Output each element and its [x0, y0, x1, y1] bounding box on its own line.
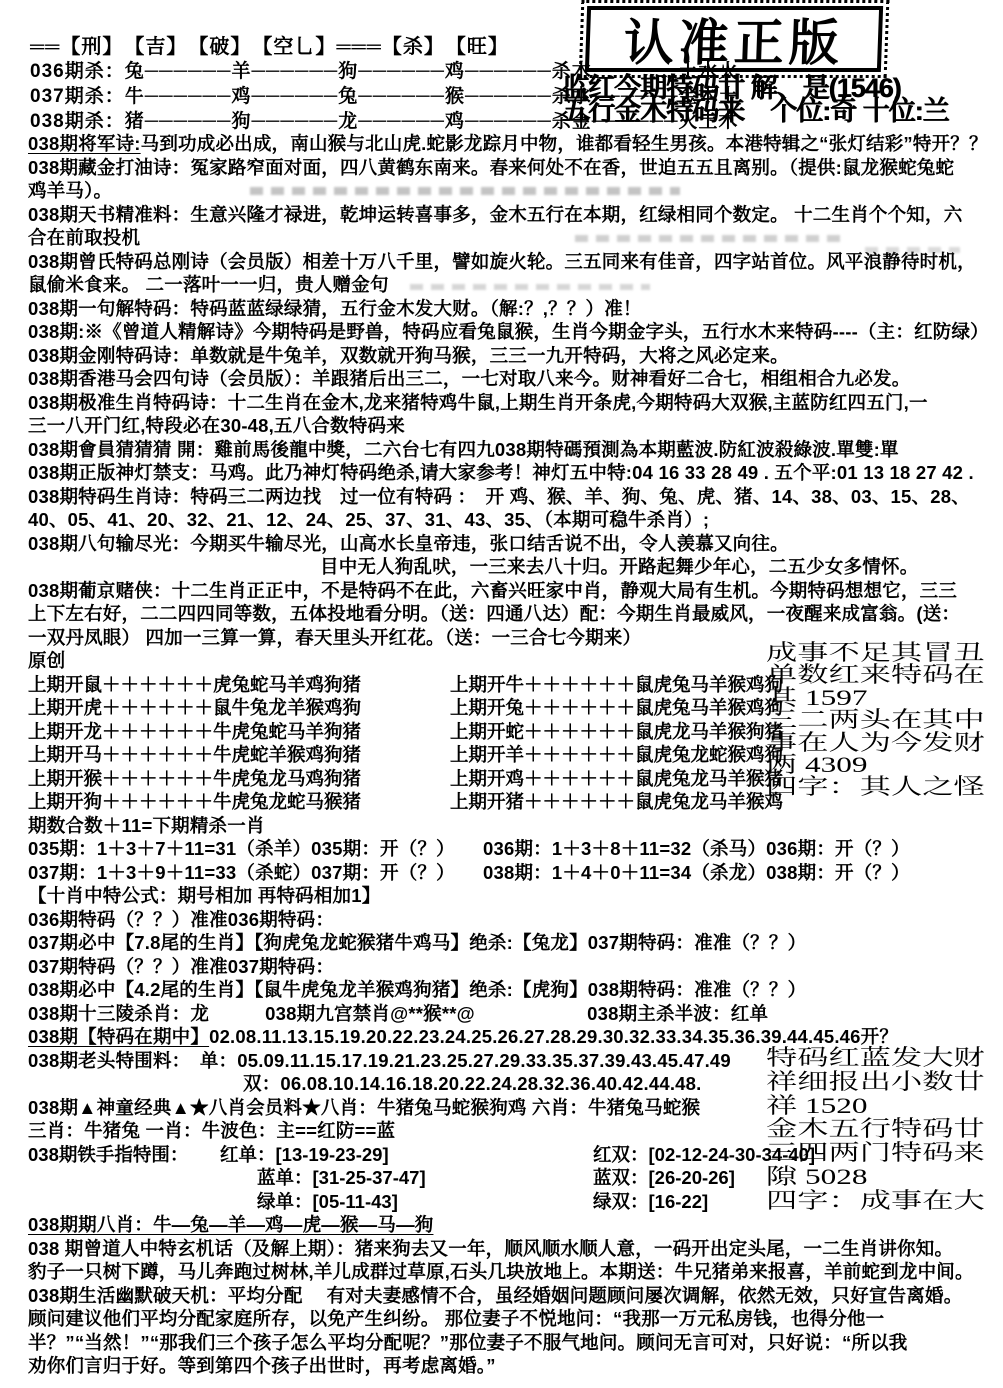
- line-text: 035期：1＋3＋7＋11=31（杀羊）035期：开（？） 036期：1＋3＋8…: [28, 838, 910, 859]
- line-text: 原创: [28, 650, 65, 671]
- line-text: 038期生活幽默破天机：平均分配 有对夫妻感情不合，虽经婚姻问题顾问屡次调解，依…: [28, 1285, 962, 1306]
- line-text: 038期一句解特码：特码蓝蓝绿绿猜，五行金木发大财。（解:？,？？）准！: [28, 298, 642, 319]
- side-verse-line: 特码红蓝发大财: [766, 1046, 1003, 1070]
- body-line: 036期特码（？？）准准036期特码：: [28, 908, 1003, 932]
- line-text: 双：06.08.10.14.16.18.20.22.24.28.32.36.40…: [243, 1073, 701, 1094]
- line-text: 038期老头特围料： 单：05.09.11.15.17.19.21.23.25.…: [28, 1050, 731, 1071]
- body-line: 038期會員猜猜猜 開：雞前馬後龍中獎，二六台七有四九038期特碼預測為本期藍波…: [28, 438, 1003, 462]
- print-smudge: [865, 247, 960, 253]
- overprint-line-2: 五行金木特码来 个位:奇 十位:兰: [562, 99, 1003, 124]
- line-text: 038期十三陵杀肖：龙 038期九宫禁肖@**猴**@ 038期主杀半波：红单: [28, 1003, 768, 1024]
- line-text: 038期特码生肖诗：特码三二两边找 过一位有特码 ： 开 鸡、猴、羊、狗、兔、虎…: [28, 486, 970, 507]
- body-line: 038期八句输尽光：今期买牛输尽光，山高水长皇帝违，张口结舌说不出，令人羡慕又向…: [28, 532, 1003, 556]
- side-verse-line: 成事不足其冒丑: [766, 642, 1003, 664]
- body-line: 合在前取投机: [28, 226, 1003, 250]
- body-end-lines: 038期期八肖：牛—兔—羊—鸡—虎—猴—马—狗 038 期曾道人中特玄机话（及解…: [28, 1213, 1003, 1378]
- line-text: 038期八句输尽光：今期买牛输尽光，山高水长皇帝违，张口结舌说不出，令人羡慕又向…: [28, 533, 789, 554]
- body-line: 038 期曾道人中特玄机话（及解上期）：猪来狗去又一年，顺风顺水顺人意，一码开出…: [28, 1237, 1003, 1261]
- line-text: 037期：1＋3＋9＋11=33（杀蛇）037期：开（？） 038期：1＋4＋0…: [28, 862, 910, 883]
- line-text: 上下左右好，二二四四同等数，五体投地看分明。（送：四通八达）配：今期生肖最威风，…: [28, 603, 960, 624]
- stamp-text: 认准正版: [623, 3, 846, 75]
- iron-label: [28, 1166, 220, 1190]
- zodiac-cell-left: 上期开虎＋＋＋＋＋＋鼠牛兔龙羊猴鸡狗: [28, 696, 450, 720]
- line-text: 顾问建议他们平均分配家庭所存，以免产生纠纷。 那位妻子不悦地问：“我那一万元私房…: [28, 1308, 884, 1329]
- line-text: 鼠偷米食来。 二一落叶一一归，贵人赠金句: [28, 274, 389, 295]
- body-line: 038期十三陵杀肖：龙 038期九宫禁肖@**猴**@ 038期主杀半波：红单: [28, 1002, 1003, 1026]
- body-line: 038期葡京赌侠：十二生肖正正中，不是特码不在此，六畜兴旺家中肖，静观大局有生机…: [28, 579, 1003, 603]
- body-line: 半？”“当然！”“那我们三个孩子怎么平均分配呢？”那位妻子不服气地问。顾问无言可…: [28, 1331, 1003, 1355]
- body-line: 035期：1＋3＋7＋11=31（杀羊）035期：开（？） 036期：1＋3＋8…: [28, 837, 1003, 861]
- line-text: 马到功成必出成，南山猴与北山虎.蛇影龙踪月中物，谁都看轻生男孩。本港特辑之“张灯…: [141, 133, 988, 154]
- line-underlined-label: 038期将军诗:: [28, 133, 141, 154]
- line-text: 劝你们言归于好。等到第四个孩子出世时，再考虑离婚。”: [28, 1355, 496, 1376]
- line-text: 038期必中【4.2尾的生肖】【鼠牛虎兔龙羊猴鸡狗猪】绝杀:【虎狗】038期特码…: [28, 979, 806, 1000]
- body-line: 038期藏金打油诗：冤家路窄面对面，四八黄鹤东南来。春来何处不在香，世迫五五且离…: [28, 156, 1003, 180]
- zodiac-cell-left: 上期开马＋＋＋＋＋＋牛虎蛇羊猴鸡狗猪: [28, 743, 450, 767]
- line-text: 038期香港马会四句诗（会员版）：羊跟猪后出三二，一七对取八来今。财神看好二合七…: [28, 368, 910, 389]
- body-line: 037期必中【7.8尾的生肖】【狗虎兔龙蛇猴猪牛鸡马】绝杀:【兔龙】037期特码…: [28, 931, 1003, 955]
- iron-single-cell: 绿单：[05-11-43]: [220, 1190, 593, 1214]
- side-verse-line: 三四两门特码来: [766, 1141, 1003, 1165]
- body-line: 三一八开门红,特段必在30-48,五八合数特码来: [28, 414, 1003, 438]
- line-text: 036期特码（？？）准准036期特码：: [28, 909, 334, 930]
- line-text: 鸡羊马）。: [28, 180, 112, 201]
- body-line: 40、05、41、20、32、21、12、24、25、37、31、43、35、（…: [28, 508, 1003, 532]
- line-text: 40、05、41、20、32、21、12、24、25、37、31、43、35、（…: [28, 509, 709, 530]
- line-text: 038期▲神童经典▲★八肖会员料★八肖：牛猪兔马蛇猴狗鸡 六肖：牛猪兔马蛇猴: [28, 1097, 700, 1118]
- line-text: 期数合数＋11=下期精杀一肖: [28, 815, 265, 836]
- line-text: 038 期曾道人中特玄机话（及解上期）：猪来狗去又一年，顺风顺水顺人意，一码开出…: [28, 1238, 953, 1259]
- body-line: 038期特码生肖诗：特码三二两边找 过一位有特码 ： 开 鸡、猴、羊、狗、兔、虎…: [28, 485, 1003, 509]
- iron-double-cell: 蓝双：[26-20-26]: [593, 1166, 735, 1190]
- body-line: 038期:※《曾道人精解诗》今期特码是野兽，特码应看兔鼠猴，生肖今期金字头，五行…: [28, 320, 1003, 344]
- zodiac-cell-right: 上期开蛇＋＋＋＋＋＋鼠虎龙马羊猴狗猪: [450, 720, 783, 744]
- zodiac-cell-right: 上期开兔＋＋＋＋＋＋鼠虎兔马羊猴鸡狗: [450, 696, 783, 720]
- line-text: 037期必中【7.8尾的生肖】【狗虎兔龙蛇猴猪牛鸡马】绝杀:【兔龙】037期特码…: [28, 932, 806, 953]
- line-text: 【十肖中特公式：期号相加 再特码相加1】: [28, 885, 380, 906]
- zodiac-cell-right: 上期开猪＋＋＋＋＋＋鼠虎兔龙马羊猴鸡: [450, 790, 783, 814]
- side-verse-line: 隙 5028: [766, 1165, 1003, 1189]
- side-verse-line: 四字：成事在大: [766, 1189, 1003, 1213]
- line-text: 一双丹凤眼） 四加一三算一算，春天里头开红花。（送：一三合七今期来）: [28, 627, 641, 648]
- side-verse-column-2: 特码红蓝发大财 祥细报出小数廿 祥 1520 金木五行特码廿 三四两门特码来 隙…: [766, 1046, 1003, 1213]
- line-underlined-label: 038期【特码在期中】: [28, 1026, 209, 1047]
- side-verse-line: 事在人为今发财: [766, 732, 1003, 754]
- print-smudge: [410, 284, 650, 290]
- body-line: 038期生活幽默破天机：平均分配 有对夫妻感情不合，虽经婚姻问题顾问屡次调解，依…: [28, 1284, 1003, 1308]
- body-line: 037期特码（？？）准准037期特码：: [28, 955, 1003, 979]
- body-line: 038期天书精准料：生意兴隆才禄进，乾坤运转喜事多，金木五行在本期，红绿相同个数…: [28, 203, 1003, 227]
- line-text: 038期會員猜猜猜 開：雞前馬後龍中獎，二六台七有四九038期特碼預測為本期藍波…: [28, 439, 899, 460]
- print-smudge: [575, 235, 840, 242]
- line-text: 目中无人狗乱吠，一三来去八十归。开路起舞少年心，二五少女多情怀。: [320, 556, 918, 577]
- body-line: 037期：1＋3＋9＋11=33（杀蛇）037期：开（？） 038期：1＋4＋0…: [28, 861, 1003, 885]
- zodiac-cell-left: 上期开龙＋＋＋＋＋＋牛虎兔蛇马羊狗猪: [28, 720, 450, 744]
- zodiac-cell-left: 上期开鼠＋＋＋＋＋＋虎兔蛇马羊鸡狗猪: [28, 673, 450, 697]
- line-text: 三一八开门红,特段必在30-48,五八合数特码来: [28, 415, 405, 436]
- print-smudge: [250, 187, 680, 195]
- side-verse-line: 祥 1520: [766, 1094, 1003, 1118]
- stamp-overprint: 监红今期特码廿 解、是(1546) 五行金木特码来 个位:奇 十位:兰: [562, 76, 1003, 124]
- line-text: 038期天书精准料：生意兴隆才禄进，乾坤运转喜事多，金木五行在本期，红绿相同个数…: [28, 204, 962, 225]
- body-line: 038期将军诗:马到功成必出成，南山猴与北山虎.蛇影龙踪月中物，谁都看轻生男孩。…: [28, 132, 1003, 156]
- body-line: 【十肖中特公式：期号相加 再特码相加1】: [28, 884, 1003, 908]
- side-verse-line: 其 1597: [766, 687, 1003, 709]
- body-line: 上下左右好，二二四四同等数，五体投地看分明。（送：四通八达）配：今期生肖最威风，…: [28, 602, 1003, 626]
- line-text: 038期曾氏特码总刚诗（会员版）相差十万八千里，譬如旋火轮。三五同来有佳音，四字…: [28, 251, 976, 272]
- body-top-lines: 038期将军诗:马到功成必出成，南山猴与北山虎.蛇影龙踪月中物，谁都看轻生男孩。…: [28, 132, 1003, 673]
- iron-single-cell: 蓝单：[31-25-37-47]: [220, 1166, 593, 1190]
- line-text: 038期:※《曾道人精解诗》今期特码是野兽，特码应看兔鼠猴，生肖今期金字头，五行…: [28, 321, 989, 342]
- body-line: 038期一句解特码：特码蓝蓝绿绿猜，五行金木发大财。（解:？,？？）准！: [28, 297, 1003, 321]
- side-verse-line: 两 4309: [766, 754, 1003, 776]
- lottery-tip-sheet: ══【刑】 【吉】 【破】 【空乚】═══【杀】 【旺】 036期杀：兔────…: [0, 0, 1003, 1388]
- line-text: 豹子一只树下蹲，马儿奔跑过树林,羊儿成群过草原,石头几块放地上。本期送：牛兄猪弟…: [28, 1261, 974, 1282]
- iron-label: 038期铁手指特围：: [28, 1143, 220, 1167]
- zodiac-cell-right: 上期开羊＋＋＋＋＋＋鼠虎兔龙蛇猴鸡狗: [450, 743, 783, 767]
- line-text: 半？”“当然！”“那我们三个孩子怎么平均分配呢？”那位妻子不服气地问。顾问无言可…: [28, 1332, 908, 1353]
- line-text: 02.08.11.13.15.19.20.22.23.24.25.26.27.2…: [209, 1026, 898, 1047]
- body-line: 顾问建议他们平均分配家庭所存，以免产生纠纷。 那位妻子不悦地问：“我那一万元私房…: [28, 1307, 1003, 1331]
- body-line: 038期正版神灯禁支：马鸡。此乃神灯特码绝杀,请大家参考！神灯五中特:04 16…: [28, 461, 1003, 485]
- body-line: 目中无人狗乱吠，一三来去八十归。开路起舞少年心，二五少女多情怀。: [28, 555, 1003, 579]
- body-line: 劝你们言归于好。等到第四个孩子出世时，再考虑离婚。”: [28, 1354, 1003, 1378]
- side-verse-line: 单数红来特码在: [766, 664, 1003, 686]
- line-text: 三肖：牛猪兔 一肖：牛波色：主==红防==蓝: [28, 1120, 395, 1141]
- line-text: 038期藏金打油诗：冤家路窄面对面，四八黄鹤东南来。春来何处不在香，世迫五五且离…: [28, 157, 954, 178]
- side-verse-line: 三二两头在其中: [766, 709, 1003, 731]
- zodiac-cell-left: 上期开猴＋＋＋＋＋＋牛虎兔龙马鸡狗猪: [28, 767, 450, 791]
- authenticity-stamp: 认准正版: [585, 6, 883, 72]
- body-line: 038期金刚特码诗：单数就是牛兔羊，双数就开狗马猴，三三一九开特码，大将之风必定…: [28, 344, 1003, 368]
- line-text: 038期极准生肖特码诗：十二生肖在金木,龙来猪特鸡牛鼠,上期生肖开条虎,今期特码…: [28, 392, 928, 413]
- body-line: 038期期八肖：牛—兔—羊—鸡—虎—猴—马—狗: [28, 1213, 1003, 1237]
- side-verse-column-1: 成事不足其冒丑 单数红来特码在 其 1597 三二两头在其中 事在人为今发财 两…: [766, 642, 1003, 799]
- zodiac-cell-left: 上期开狗＋＋＋＋＋＋牛虎兔龙蛇马猴猪: [28, 790, 450, 814]
- iron-label: [28, 1190, 220, 1214]
- zodiac-cell-right: 上期开鸡＋＋＋＋＋＋鼠虎兔龙马羊猴猪: [450, 767, 783, 791]
- body-line: 038期必中【4.2尾的生肖】【鼠牛虎兔龙羊猴鸡狗猪】绝杀:【虎狗】038期特码…: [28, 978, 1003, 1002]
- line-text: 038期期八肖：牛—兔—羊—鸡—虎—猴—马—狗: [28, 1214, 433, 1235]
- iron-double-cell: 绿双：[16-22]: [593, 1190, 708, 1214]
- line-text: 038期葡京赌侠：十二生肖正正中，不是特码不在此，六畜兴旺家中肖，静观大局有生机…: [28, 580, 957, 601]
- body-line: 038期香港马会四句诗（会员版）：羊跟猪后出三二，一七对取八来今。财神看好二合七…: [28, 367, 1003, 391]
- body-line: 期数合数＋11=下期精杀一肖: [28, 814, 1003, 838]
- side-verse-line: 金木五行特码廿: [766, 1117, 1003, 1141]
- line-text: 038期金刚特码诗：单数就是牛兔羊，双数就开狗马猴，三三一九开特码，大将之风必定…: [28, 345, 789, 366]
- line-text: 合在前取投机: [28, 227, 140, 248]
- body-line: 豹子一只树下蹲，马儿奔跑过树林,羊儿成群过草原,石头几块放地上。本期送：牛兄猪弟…: [28, 1260, 1003, 1284]
- side-verse-line: 祥细报出小数廿: [766, 1070, 1003, 1094]
- iron-single-cell: 红单：[13-19-23-29]: [220, 1143, 593, 1167]
- line-text: 037期特码（？？）准准037期特码：: [28, 956, 334, 977]
- body-line: 038期极准生肖特码诗：十二生肖在金木,龙来猪特鸡牛鼠,上期生肖开条虎,今期特码…: [28, 391, 1003, 415]
- line-text: 038期正版神灯禁支：马鸡。此乃神灯特码绝杀,请大家参考！神灯五中特:04 16…: [28, 462, 974, 483]
- side-verse-line: 四字：其人之怪: [766, 776, 1003, 798]
- body-line: 038期曾氏特码总刚诗（会员版）相差十万八千里，譬如旋火轮。三五同来有佳音，四字…: [28, 250, 1003, 274]
- zodiac-cell-right: 上期开牛＋＋＋＋＋＋鼠虎兔马羊猴鸡狗: [450, 673, 783, 697]
